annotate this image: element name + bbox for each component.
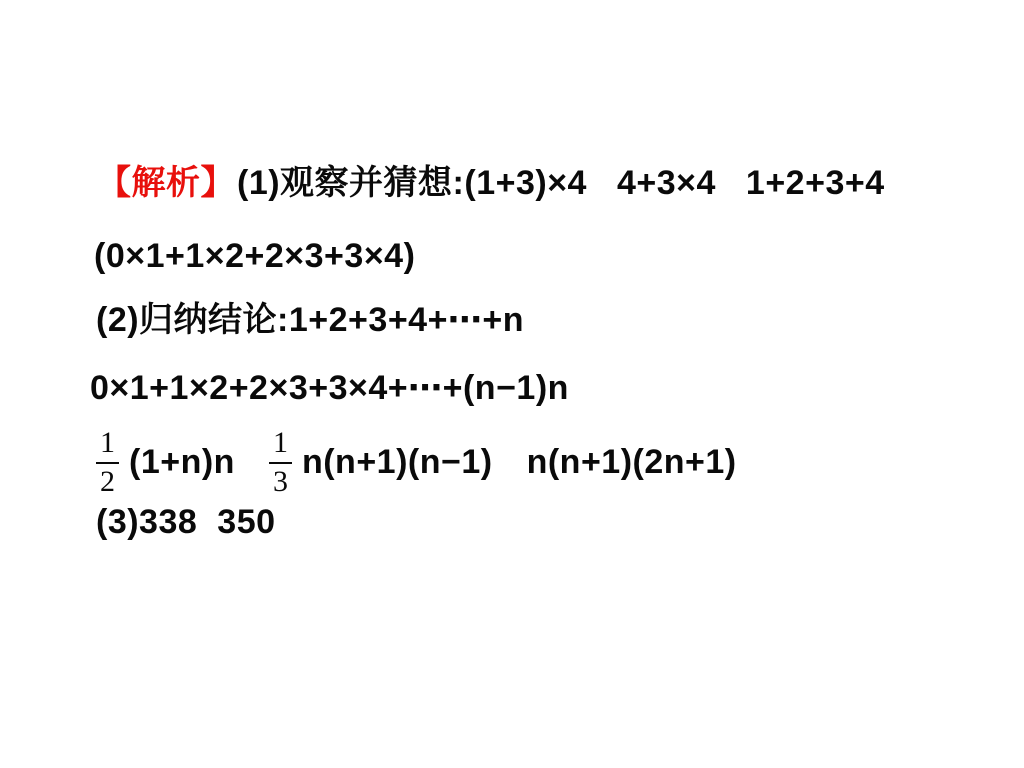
- fraction-one-half: 1 2: [96, 428, 119, 497]
- line5-expression-1: (1+n)n: [129, 442, 235, 483]
- line2-expression: (0×1+1×2+2×3+3×4): [94, 236, 415, 277]
- fraction-one-third: 1 3: [269, 428, 292, 497]
- line1-expression-3: 1+2+3+4: [746, 163, 885, 204]
- line1-intro-expression: (1)观察并猜想:(1+3)×4: [237, 164, 587, 202]
- fraction-one-third-denominator: 3: [273, 464, 288, 497]
- fraction-one-third-numerator: 1: [269, 428, 292, 464]
- half-n-expression-group: 1 2 (1+n)n: [96, 428, 235, 497]
- line5-expression-2: n(n+1)(n−1): [302, 442, 493, 483]
- line5-expression-3: n(n+1)(2n+1): [527, 442, 737, 483]
- line1-expression-2: 4+3×4: [617, 163, 716, 204]
- solution-line-1: 【解析】(1)观察并猜想:(1+3)×4 4+3×4 1+2+3+4: [97, 163, 885, 204]
- solution-line-3: (2)归纳结论:1+2+3+4+⋯+n: [96, 300, 524, 341]
- solution-line-6: (3)338 350: [96, 502, 276, 543]
- fraction-one-half-denominator: 2: [100, 464, 115, 497]
- line4-expression: 0×1+1×2+2×3+3×4+⋯+(n−1)n: [90, 368, 569, 409]
- fraction-one-half-numerator: 1: [96, 428, 119, 464]
- solution-slide: 【解析】(1)观察并猜想:(1+3)×4 4+3×4 1+2+3+4 (0×1+…: [0, 0, 1024, 768]
- solution-line-2: (0×1+1×2+2×3+3×4): [94, 236, 415, 277]
- third-n-expression-group: 1 3 n(n+1)(n−1): [269, 428, 493, 497]
- line6-answer-2: 350: [217, 502, 275, 543]
- solution-line-1-main: 【解析】(1)观察并猜想:(1+3)×4: [97, 163, 587, 204]
- line3-expression: (2)归纳结论:1+2+3+4+⋯+n: [96, 300, 524, 341]
- answer-tag: 【解析】: [97, 164, 235, 202]
- line6-label-answer-1: (3)338: [96, 502, 197, 543]
- solution-line-4: 0×1+1×2+2×3+3×4+⋯+(n−1)n: [90, 368, 569, 409]
- solution-line-5: 1 2 (1+n)n 1 3 n(n+1)(n−1) n(n+1)(2n+1): [96, 424, 737, 500]
